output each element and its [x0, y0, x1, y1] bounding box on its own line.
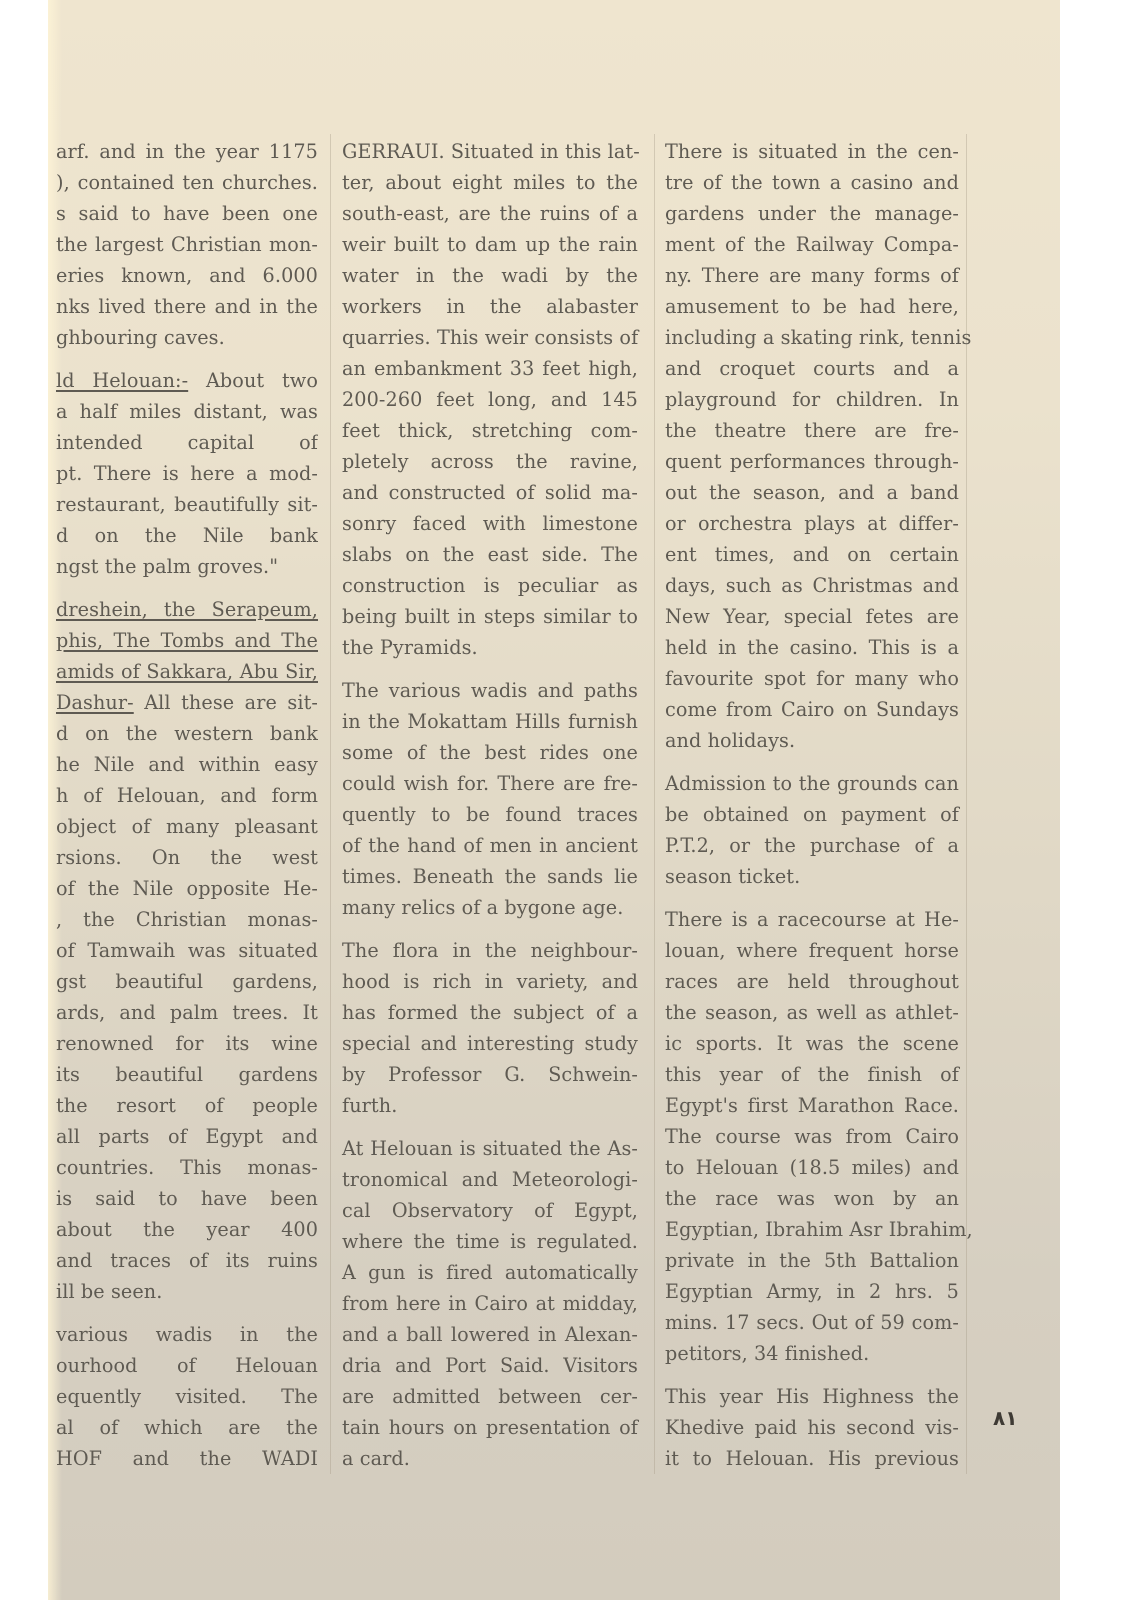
text-line: This year His Highness the — [665, 1381, 959, 1412]
text-line: Khedive paid his second vis- — [665, 1412, 959, 1443]
text-line: this year of the finish of — [665, 1059, 959, 1090]
text-line: come from Cairo on Sundays — [665, 694, 959, 725]
text-line: favourite spot for many who — [665, 663, 959, 694]
text-line: gst beautiful gardens, — [56, 966, 318, 997]
text-line: are admitted between cer- — [342, 1381, 638, 1412]
text-line: could wish for. There are fre- — [342, 768, 638, 799]
book-page: arf. and in the year 1175 ), contained t… — [48, 0, 1060, 1600]
text-line: of the hand of men in ancient — [342, 830, 638, 861]
text-line: arf. and in the year 1175 — [56, 136, 318, 167]
text-line: Admission to the grounds can — [665, 768, 959, 799]
text-line: quently to be found traces — [342, 799, 638, 830]
text-line: quent performances through- — [665, 446, 959, 477]
text-line: ny. There are many forms of — [665, 260, 959, 291]
text-line: he Nile and within easy — [56, 749, 318, 780]
paragraph-casino: There is situated in the cen- tre of the… — [665, 136, 959, 756]
text-line: The course was from Cairo — [665, 1121, 959, 1152]
text-line: being built in steps similar to — [342, 601, 638, 632]
text-line: louan, where frequent horse — [665, 935, 959, 966]
text-line: a card. — [342, 1443, 638, 1474]
text-line: renowned for its wine — [56, 1028, 318, 1059]
text-line: pletely across the ravine, — [342, 446, 638, 477]
text-column-1: arf. and in the year 1175 ), contained t… — [56, 136, 318, 1486]
text-line: s said to have been one — [56, 198, 318, 229]
text-column-3: There is situated in the cen- tre of the… — [665, 136, 959, 1486]
paragraph-admission: Admission to the grounds can be obtained… — [665, 768, 959, 892]
text-line: tre of the town a casino and — [665, 167, 959, 198]
text-line: of Tamwaih was situated — [56, 935, 318, 966]
text-line: construction is peculiar as — [342, 570, 638, 601]
text-line: sonry faced with limestone — [342, 508, 638, 539]
text-line: it to Helouan. His previous — [665, 1443, 959, 1474]
section-heading-line: phis, The Tombs and The — [56, 625, 318, 656]
text-line: mins. 17 secs. Out of 59 com- — [665, 1307, 959, 1338]
text-line: ), contained ten churches. — [56, 167, 318, 198]
text-line: rsions. On the west — [56, 842, 318, 873]
text-line: furth. — [342, 1090, 638, 1121]
text-line: weir built to dam up the rain — [342, 229, 638, 260]
text-line: including a skating rink, tennis — [665, 322, 959, 353]
text-line: its beautiful gardens — [56, 1059, 318, 1090]
text-line: Egyptian Army, in 2 hrs. 5 — [665, 1276, 959, 1307]
text-line: is said to have been — [56, 1183, 318, 1214]
text-line: season ticket. — [665, 861, 959, 892]
paragraph-monastery: arf. and in the year 1175 ), contained t… — [56, 136, 318, 353]
text-line: by Professor G. Schwein- — [342, 1059, 638, 1090]
text-line: a half miles distant, was — [56, 396, 318, 427]
paragraph-khedive: This year His Highness the Khedive paid … — [665, 1381, 959, 1474]
text-line: ngst the palm groves." — [56, 551, 318, 582]
page-number: ٨١ — [993, 1406, 1017, 1430]
text-line: ment of the Railway Compa- — [665, 229, 959, 260]
text-line: quarries. This weir consists of — [342, 322, 638, 353]
text-line: feet thick, stretching com- — [342, 415, 638, 446]
text-line: ghbouring caves. — [56, 322, 318, 353]
text-line: tain hours on presentation of — [342, 1412, 638, 1443]
text-line: held in the casino. This is a — [665, 632, 959, 663]
paragraph-mokattam: The various wadis and paths in the Mokat… — [342, 675, 638, 923]
paragraph-flora: The flora in the neighbour- hood is rich… — [342, 935, 638, 1121]
paragraph-old-helouan: ld Helouan:- About two a half miles dist… — [56, 365, 318, 582]
text-line: many relics of a bygone age. — [342, 892, 638, 923]
text-line: intended capital of — [56, 427, 318, 458]
text-line: d on the Nile bank — [56, 520, 318, 551]
section-heading-line: dreshein, the Serapeum, — [56, 594, 318, 625]
section-heading-old-helouan: ld Helouan:- — [56, 369, 188, 392]
section-heading-line: Dashur- — [56, 691, 134, 714]
text-column-2: GERRAUI. Situated in this lat- ter, abou… — [342, 136, 638, 1486]
text-line: the largest Christian mon- — [56, 229, 318, 260]
paragraph-pyramids: dreshein, the Serapeum, phis, The Tombs … — [56, 594, 318, 1307]
text-line: special and interesting study — [342, 1028, 638, 1059]
paragraph-observatory: At Helouan is situated the As- tronomica… — [342, 1133, 638, 1474]
text-line: workers in the alabaster — [342, 291, 638, 322]
text-line: countries. This monas- — [56, 1152, 318, 1183]
text-line: the theatre there are fre- — [665, 415, 959, 446]
text-line: and traces of its ruins — [56, 1245, 318, 1276]
text-line: ic sports. It was the scene — [665, 1028, 959, 1059]
text-line: playground for children. In — [665, 384, 959, 415]
text-line: cal Observatory of Egypt, — [342, 1195, 638, 1226]
text-line: various wadis in the — [56, 1319, 318, 1350]
text-line: pt. There is here a mod- — [56, 458, 318, 489]
text-line: and constructed of solid ma- — [342, 477, 638, 508]
text-line: About two — [188, 369, 318, 392]
text-line: Egypt's first Marathon Race. — [665, 1090, 959, 1121]
text-line: times. Beneath the sands lie — [342, 861, 638, 892]
text-line: d on the western bank — [56, 718, 318, 749]
paragraph-wadis: various wadis in the ourhood of Helouan … — [56, 1319, 318, 1474]
text-line: the resort of people — [56, 1090, 318, 1121]
text-line: eries known, and 6.000 — [56, 260, 318, 291]
text-line: about the year 400 — [56, 1214, 318, 1245]
text-line: There is situated in the cen- — [665, 136, 959, 167]
text-line: south-east, are the ruins of a — [342, 198, 638, 229]
text-line: an embankment 33 feet high, — [342, 353, 638, 384]
text-line: some of the best rides one — [342, 737, 638, 768]
text-line: to Helouan (18.5 miles) and — [665, 1152, 959, 1183]
text-line: dria and Port Said. Visitors — [342, 1350, 638, 1381]
text-line: all parts of Egypt and — [56, 1121, 318, 1152]
text-line: tronomical and Meteorologi- — [342, 1164, 638, 1195]
column-divider — [654, 134, 655, 1474]
text-line: object of many pleasant — [56, 811, 318, 842]
text-line: water in the wadi by the — [342, 260, 638, 291]
text-line: in the Mokattam Hills furnish — [342, 706, 638, 737]
text-line: h of Helouan, and form — [56, 780, 318, 811]
text-line: There is a racecourse at He- — [665, 904, 959, 935]
text-line: gardens under the manage- — [665, 198, 959, 229]
text-line: ill be seen. — [56, 1276, 318, 1307]
column-divider — [330, 134, 331, 1474]
text-line: has formed the subject of a — [342, 997, 638, 1028]
text-line: nks lived there and in the — [56, 291, 318, 322]
text-line: ourhood of Helouan — [56, 1350, 318, 1381]
text-line: ent times, and on certain — [665, 539, 959, 570]
text-line: the Pyramids. — [342, 632, 638, 663]
text-line: A gun is fired automatically — [342, 1257, 638, 1288]
text-line: from here in Cairo at midday, — [342, 1288, 638, 1319]
text-line: where the time is regulated. — [342, 1226, 638, 1257]
text-line: GERRAUI. Situated in this lat- — [342, 136, 638, 167]
text-line: petitors, 34 finished. — [665, 1338, 959, 1369]
text-line: the race was won by an — [665, 1183, 959, 1214]
text-line: hood is rich in variety, and — [342, 966, 638, 997]
text-line: ards, and palm trees. It — [56, 997, 318, 1028]
text-line: , the Christian monas- — [56, 904, 318, 935]
text-line: Egyptian, Ibrahim Asr Ibrahim, — [665, 1214, 959, 1245]
text-line: and croquet courts and a — [665, 353, 959, 384]
text-line: and holidays. — [665, 725, 959, 756]
section-heading-line: amids of Sakkara, Abu Sir, — [56, 656, 318, 687]
text-line: At Helouan is situated the As- — [342, 1133, 638, 1164]
text-line: slabs on the east side. The — [342, 539, 638, 570]
text-line: or orchestra plays at differ- — [665, 508, 959, 539]
text-line: P.T.2, or the purchase of a — [665, 830, 959, 861]
text-line: equently visited. The — [56, 1381, 318, 1412]
text-line: All these are sit- — [134, 691, 318, 714]
text-line: HOF and the WADI — [56, 1443, 318, 1474]
text-line: the season, as well as athlet- — [665, 997, 959, 1028]
text-line: The flora in the neighbour- — [342, 935, 638, 966]
text-line: New Year, special fetes are — [665, 601, 959, 632]
text-line: of the Nile opposite He- — [56, 873, 318, 904]
text-line: days, such as Christmas and — [665, 570, 959, 601]
text-line: al of which are the — [56, 1412, 318, 1443]
text-line: restaurant, beautifully sit- — [56, 489, 318, 520]
text-line: ter, about eight miles to the — [342, 167, 638, 198]
paragraph-racecourse: There is a racecourse at He- louan, wher… — [665, 904, 959, 1369]
text-line: 200-260 feet long, and 145 — [342, 384, 638, 415]
text-line: private in the 5th Battalion — [665, 1245, 959, 1276]
text-line: be obtained on payment of — [665, 799, 959, 830]
text-line: races are held throughout — [665, 966, 959, 997]
text-line: out the season, and a band — [665, 477, 959, 508]
text-line: The various wadis and paths — [342, 675, 638, 706]
paragraph-weir: GERRAUI. Situated in this lat- ter, abou… — [342, 136, 638, 663]
text-line: and a ball lowered in Alexan- — [342, 1319, 638, 1350]
text-line: amusement to be had here, — [665, 291, 959, 322]
